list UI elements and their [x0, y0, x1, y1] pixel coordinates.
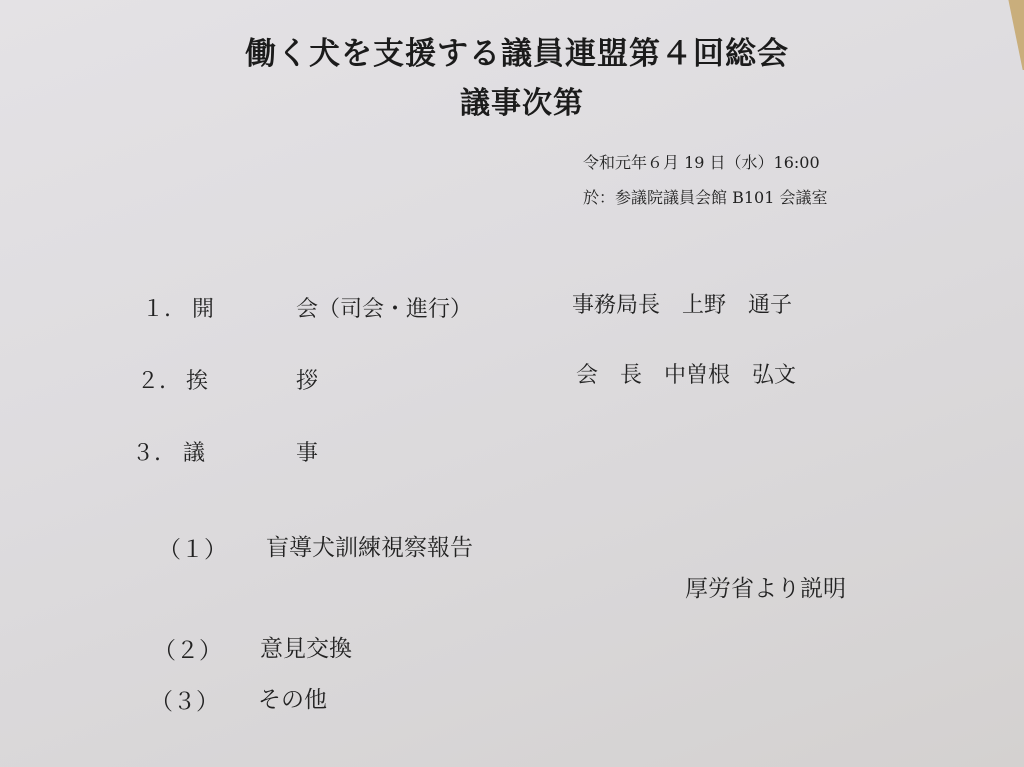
- document-title: 働く犬を支援する議員連盟第４回総会: [0, 28, 1024, 73]
- agenda-item-3-char2: 事: [296, 436, 318, 467]
- agenda-item-2-char1: 挨: [186, 364, 208, 395]
- agenda-item-1-char2: 会（司会・進行）: [296, 292, 472, 323]
- sub-item-1-number: （１）: [158, 531, 227, 564]
- sub-item-3-label: その他: [258, 681, 327, 714]
- agenda-item-1-number: １.: [142, 292, 171, 323]
- agenda-item-3-number: ３.: [132, 436, 161, 467]
- meeting-date: 令和元年６月 19 日（水）16:00: [583, 150, 820, 173]
- sub-item-2-number: （２）: [153, 632, 222, 665]
- agenda-item-3-char1: 議: [183, 436, 205, 467]
- agenda-item-1-person: 事務局長 上野 通子: [572, 288, 792, 319]
- sub-item-3-number: （３）: [150, 683, 219, 716]
- agenda-item-1-char1: 開: [192, 292, 214, 323]
- sub-item-2-label: 意見交換: [260, 630, 352, 663]
- meeting-venue: 於：参議院議員会館 B101 会議室: [583, 185, 827, 208]
- agenda-item-2-person: 会 長 中曽根 弘文: [576, 358, 796, 389]
- agenda-item-2-char2: 拶: [296, 364, 318, 395]
- sub-item-1-label: 盲導犬訓練視察報告: [266, 529, 473, 562]
- sub-item-1-note: 厚労省より説明: [685, 570, 846, 603]
- agenda-item-2-number: ２.: [137, 364, 166, 395]
- document-subtitle: 議事次第: [0, 78, 1024, 122]
